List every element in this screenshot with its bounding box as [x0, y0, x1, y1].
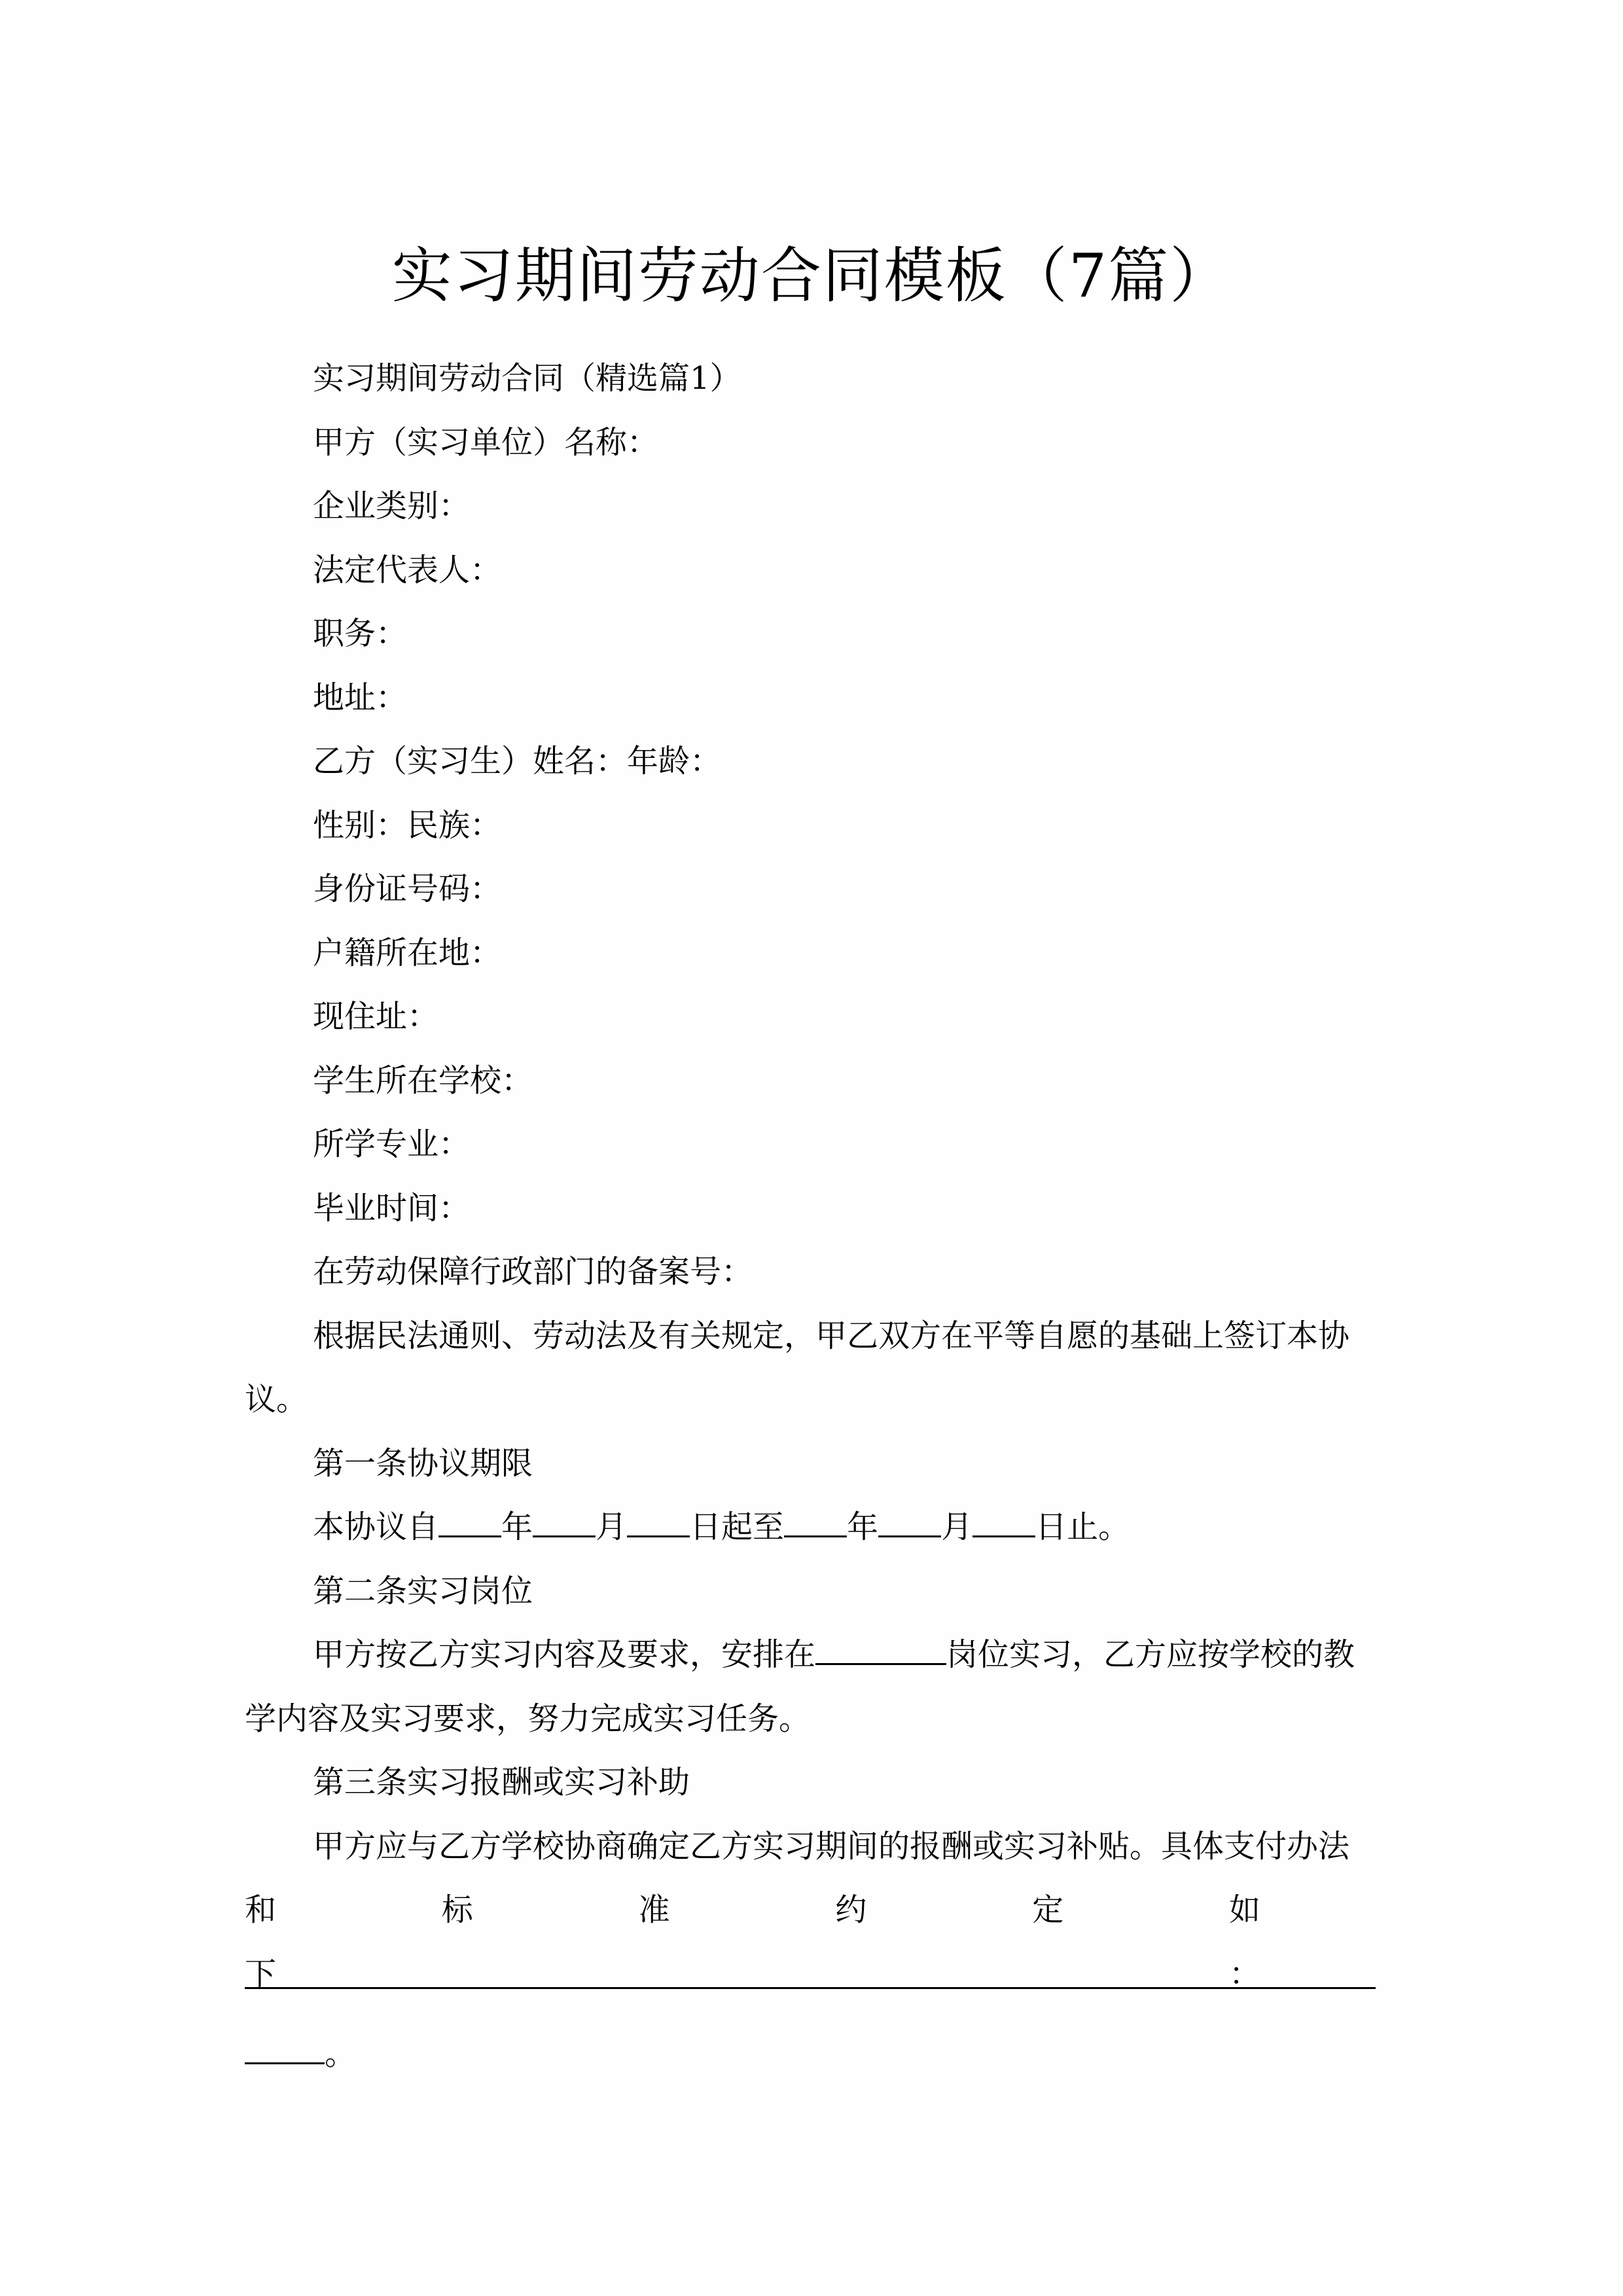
field-position: 职务：	[245, 602, 1377, 666]
field-party-a-name: 甲方（实习单位）名称：	[245, 411, 1377, 475]
blank-internship-post[interactable]	[815, 1636, 946, 1665]
blank-end-month[interactable]	[878, 1508, 941, 1537]
field-id-number: 身份证号码：	[245, 857, 1377, 922]
document-page: 实习期间劳动合同模板（7篇） 实习期间劳动合同（精选篇1） 甲方（实习单位）名称…	[0, 0, 1623, 2296]
field-school: 学生所在学校：	[245, 1049, 1377, 1113]
preamble-paragraph: 根据民法通则、劳动法及有关规定，甲乙双方在平等自愿的基础上签订本协议。	[245, 1304, 1377, 1432]
field-enterprise-type: 企业类别：	[245, 475, 1377, 539]
text-segment: 甲方按乙方实习内容及要求，安排在	[313, 1636, 815, 1673]
payment-terms-tail: 。	[245, 2022, 356, 2087]
field-legal-representative: 法定代表人：	[245, 539, 1377, 603]
document-title: 实习期间劳动合同模板（7篇）	[0, 237, 1623, 315]
text-segment: 和标准约定如下：	[245, 1892, 1377, 1992]
text-segment: 月	[596, 1509, 627, 1545]
article2-heading: 第二条实习岗位	[245, 1560, 1377, 1624]
article1-heading: 第一条协议期限	[245, 1432, 1377, 1496]
article2-paragraph: 甲方按乙方实习内容及要求，安排在岗位实习，乙方应按学校的教学内容及实习要求，努力…	[245, 1623, 1377, 1751]
article3-paragraph-line1: 甲方应与乙方学校协商确定乙方实习期间的报酬或实习补贴。具体支付办法	[245, 1815, 1377, 1879]
text-segment: 月	[941, 1509, 972, 1545]
field-graduation-time: 毕业时间：	[245, 1177, 1377, 1241]
field-filing-number: 在劳动保障行政部门的备案号：	[245, 1240, 1377, 1304]
document-body: 实习期间劳动合同（精选篇1） 甲方（实习单位）名称： 企业类别： 法定代表人： …	[245, 347, 1377, 2006]
field-party-b-name-age: 乙方（实习生）姓名：年龄：	[245, 730, 1377, 794]
section-heading: 实习期间劳动合同（精选篇1）	[245, 347, 1377, 411]
article3-heading: 第三条实习报酬或实习补助	[245, 1751, 1377, 1815]
text-segment: 日止。	[1035, 1509, 1130, 1545]
text-segment: 年	[501, 1509, 533, 1545]
blank-payment-terms-end[interactable]	[245, 2035, 325, 2064]
text-segment: 年	[847, 1509, 878, 1545]
field-major: 所学专业：	[245, 1113, 1377, 1177]
field-address: 地址：	[245, 666, 1377, 730]
blank-end-day[interactable]	[972, 1508, 1035, 1537]
text-segment: 。	[325, 2036, 356, 2072]
field-current-address: 现住址：	[245, 985, 1377, 1049]
blank-start-day[interactable]	[627, 1508, 690, 1537]
blank-end-year[interactable]	[784, 1508, 847, 1537]
text-segment: 本协议自	[313, 1509, 438, 1545]
blank-start-month[interactable]	[533, 1508, 596, 1537]
article1-term-line: 本协议自年月日起至年月日止。	[245, 1496, 1377, 1560]
field-household-registration: 户籍所在地：	[245, 922, 1377, 986]
blank-start-year[interactable]	[438, 1508, 501, 1537]
text-segment: 日起至	[690, 1509, 784, 1545]
blank-payment-terms-line[interactable]	[245, 1987, 1376, 1989]
field-gender-ethnicity: 性别：民族：	[245, 794, 1377, 858]
